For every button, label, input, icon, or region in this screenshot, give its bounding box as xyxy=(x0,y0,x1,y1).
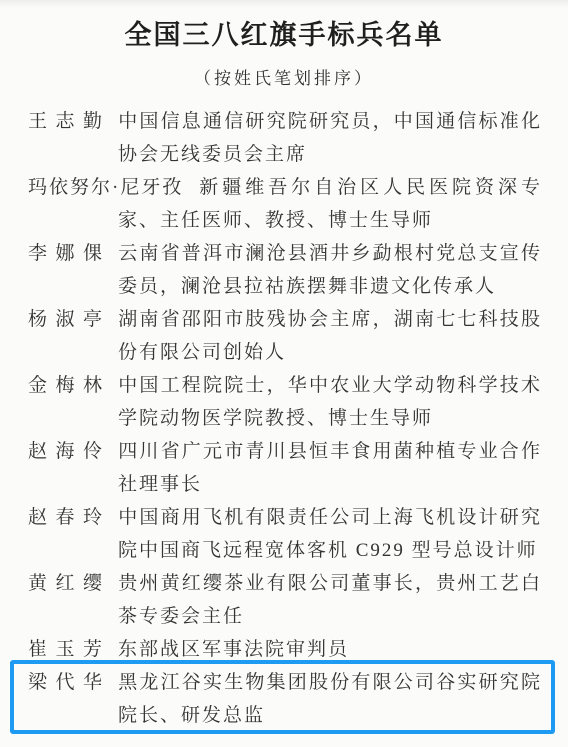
entry-description: 东部战区军事法院审判员 xyxy=(118,639,349,660)
awardee-list: 王志勤中国信息通信研究院研究员，中国通信标准化协会无线委员会主席 玛依努尔·尼牙… xyxy=(28,105,542,732)
entry-description: 中国工程院院士，华中农业大学动物科学技术学院动物医学院教授、博士生导师 xyxy=(118,375,542,429)
entry-name: 杨淑亭 xyxy=(28,303,104,336)
list-entry: 玛依努尔·尼牙孜新疆维吾尔自治区人民医院资深专家、主任医师、教授、博士生导师 xyxy=(28,171,542,237)
list-entry: 崔玉芳东部战区军事法院审判员 xyxy=(28,633,542,666)
list-entry: 王志勤中国信息通信研究院研究员，中国通信标准化协会无线委员会主席 xyxy=(28,105,542,171)
list-entry: 金梅林中国工程院院士，华中农业大学动物科学技术学院动物医学院教授、博士生导师 xyxy=(28,369,542,435)
entry-name: 王志勤 xyxy=(28,105,104,138)
entry-description: 中国信息通信研究院研究员，中国通信标准化协会无线委员会主席 xyxy=(118,111,542,165)
entry-description: 贵州黄红缨茶业有限公司董事长，贵州工艺白茶专委会主任 xyxy=(118,573,542,627)
entry-name: 李娜倮 xyxy=(28,237,104,270)
list-entry: 李娜倮云南省普洱市澜沧县酒井乡勐根村党总支宣传委员，澜沧县拉祜族摆舞非遗文化传承… xyxy=(28,237,542,303)
entry-name: 崔玉芳 xyxy=(28,633,104,666)
entry-name: 玛依努尔·尼牙孜 xyxy=(28,171,183,204)
document-title: 全国三八红旗手标兵名单 xyxy=(0,0,568,52)
entry-name: 赵春玲 xyxy=(28,501,104,534)
entry-name: 赵海伶 xyxy=(28,435,104,468)
entry-description: 云南省普洱市澜沧县酒井乡勐根村党总支宣传委员，澜沧县拉祜族摆舞非遗文化传承人 xyxy=(118,243,542,297)
entry-description: 四川省广元市青川县恒丰食用菌种植专业合作社理事长 xyxy=(118,441,542,495)
entry-description: 中国商用飞机有限责任公司上海飞机设计研究院中国商飞远程宽体客机 C929 型号总… xyxy=(118,507,542,561)
document-page: 全国三八红旗手标兵名单 （按姓氏笔划排序） 王志勤中国信息通信研究院研究员，中国… xyxy=(0,0,568,747)
list-entry: 赵春玲中国商用飞机有限责任公司上海飞机设计研究院中国商飞远程宽体客机 C929 … xyxy=(28,501,542,567)
entry-name: 梁代华 xyxy=(28,666,104,699)
list-entry: 赵海伶四川省广元市青川县恒丰食用菌种植专业合作社理事长 xyxy=(28,435,542,501)
entry-name: 金梅林 xyxy=(28,369,104,402)
entry-name: 黄红缨 xyxy=(28,567,104,600)
entry-description: 黑龙江谷实生物集团股份有限公司谷实研究院院长、研发总监 xyxy=(118,672,542,726)
list-entry-highlighted: 梁代华黑龙江谷实生物集团股份有限公司谷实研究院院长、研发总监 xyxy=(28,666,542,732)
document-subtitle: （按姓氏笔划排序） xyxy=(0,64,568,89)
list-entry: 黄红缨贵州黄红缨茶业有限公司董事长，贵州工艺白茶专委会主任 xyxy=(28,567,542,633)
entry-description: 湖南省邵阳市肢残协会主席，湖南七七科技股份有限公司创始人 xyxy=(118,309,542,363)
list-entry: 杨淑亭湖南省邵阳市肢残协会主席，湖南七七科技股份有限公司创始人 xyxy=(28,303,542,369)
